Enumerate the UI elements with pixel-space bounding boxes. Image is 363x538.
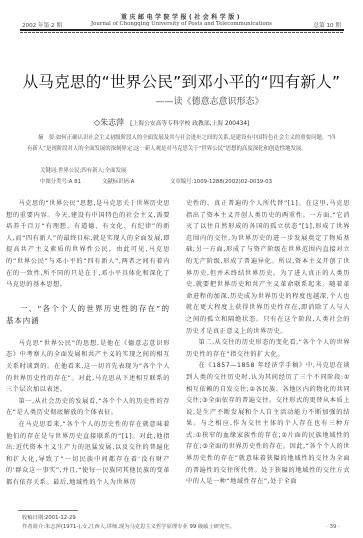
article-subtitle: ——读《德意志意识形态》	[0, 94, 363, 107]
abstract-label: 摘 要:	[38, 135, 56, 141]
classification-row: 中图分类号:A 81文献标识码:A文章编号:1009-1288(2002)02-…	[40, 177, 272, 185]
footnote-rule	[18, 510, 78, 511]
right-column: 史性的、真正普遍的个人所代替”[1]。在这里,马克思指出了资本主义开创人类历史的…	[186, 198, 350, 488]
journal-name-en: Journal of Chongqing University of Posts…	[0, 21, 363, 27]
left-column: 马克思的“世界公民”思想,是马克思关于世界历史思想的重要内容。今天,建设有中国特…	[6, 198, 170, 488]
keywords: 关键词:世界公民;四有新人;全面发展	[40, 166, 126, 174]
header-dashed-rule	[20, 32, 344, 33]
intro-paragraph: 马克思的“世界公民”思想,是马克思关于世界历史思想的重要内容。今天,建设有中国特…	[6, 198, 170, 291]
body-paragraph: 在马克思看来,“各个个人的历史性的存在就意味着他们的存在是与世界历史直接联系的”…	[6, 419, 170, 489]
body-paragraph: 第一,从社会历史的发展看,“各个个人的历史性的存在”是人类历史彻底解放的个体表征…	[6, 396, 170, 419]
abstract-text: 如何正确认识社会主义初级阶段人的全面发展及其与社会进步之间的关系,是建设有中国特…	[27, 135, 335, 152]
body-paragraph: 史性的、真正普遍的个人所代替”[1]。在这里,马克思指出了资本主义开创人类历史的…	[186, 198, 350, 337]
page-number: · 39 ·	[326, 524, 340, 530]
document-code: 文献标识码:A	[102, 177, 170, 185]
article-number: 文章编号:1009-1288(2002)02-0039-03	[170, 177, 272, 185]
section-heading: 一、“各个个人的世界历史性的存在”的基本内涵	[6, 303, 170, 328]
footnote-author-bio: 作者简介:朱志萍(1971-),女,江西人,讲师,现为马克思主义哲学原理专业 9…	[22, 522, 235, 530]
author-name: ◇朱志萍	[94, 118, 124, 127]
body-paragraph: 在《1857—1858 年经济学手稿》中,马克思在谈到人类的交往历史时,认为其间…	[186, 360, 350, 488]
body-paragraph: 马克思“世界公民”的思想,是他在《德意志意识形态》中考察人的全面发展和共产主义的…	[6, 338, 170, 396]
abstract: 摘 要:如何正确认识社会主义初级阶段人的全面发展及其与社会进步之间的关系,是建设…	[27, 133, 339, 154]
author-affiliation: [上海公安高等专科学校 政教部,上海 200434]	[130, 121, 249, 127]
header-rule	[20, 29, 344, 31]
journal-name-cn: 重庆邮电学院学报(社会科学版)	[0, 12, 363, 21]
running-header: 重庆邮电学院学报(社会科学版) 2002 年第 2 期 Journal of C…	[0, 0, 363, 36]
author-line: ◇朱志萍[上海公安高等专科学校 政教部,上海 200434]	[94, 117, 249, 128]
body-paragraph: 第二,从交往的历史形态的变化看,“各个个人的世界历史性的存在”指交往的扩大化。	[186, 337, 350, 360]
total-issue-label: 总第 10 期	[314, 21, 341, 29]
footnote-received: 收稿日期:2001-12-29	[22, 513, 76, 521]
article-title: 从马克思的“世界公民”到邓小平的“四有新人”	[0, 70, 363, 92]
clc-number: 中图分类号:A 81	[40, 177, 102, 185]
